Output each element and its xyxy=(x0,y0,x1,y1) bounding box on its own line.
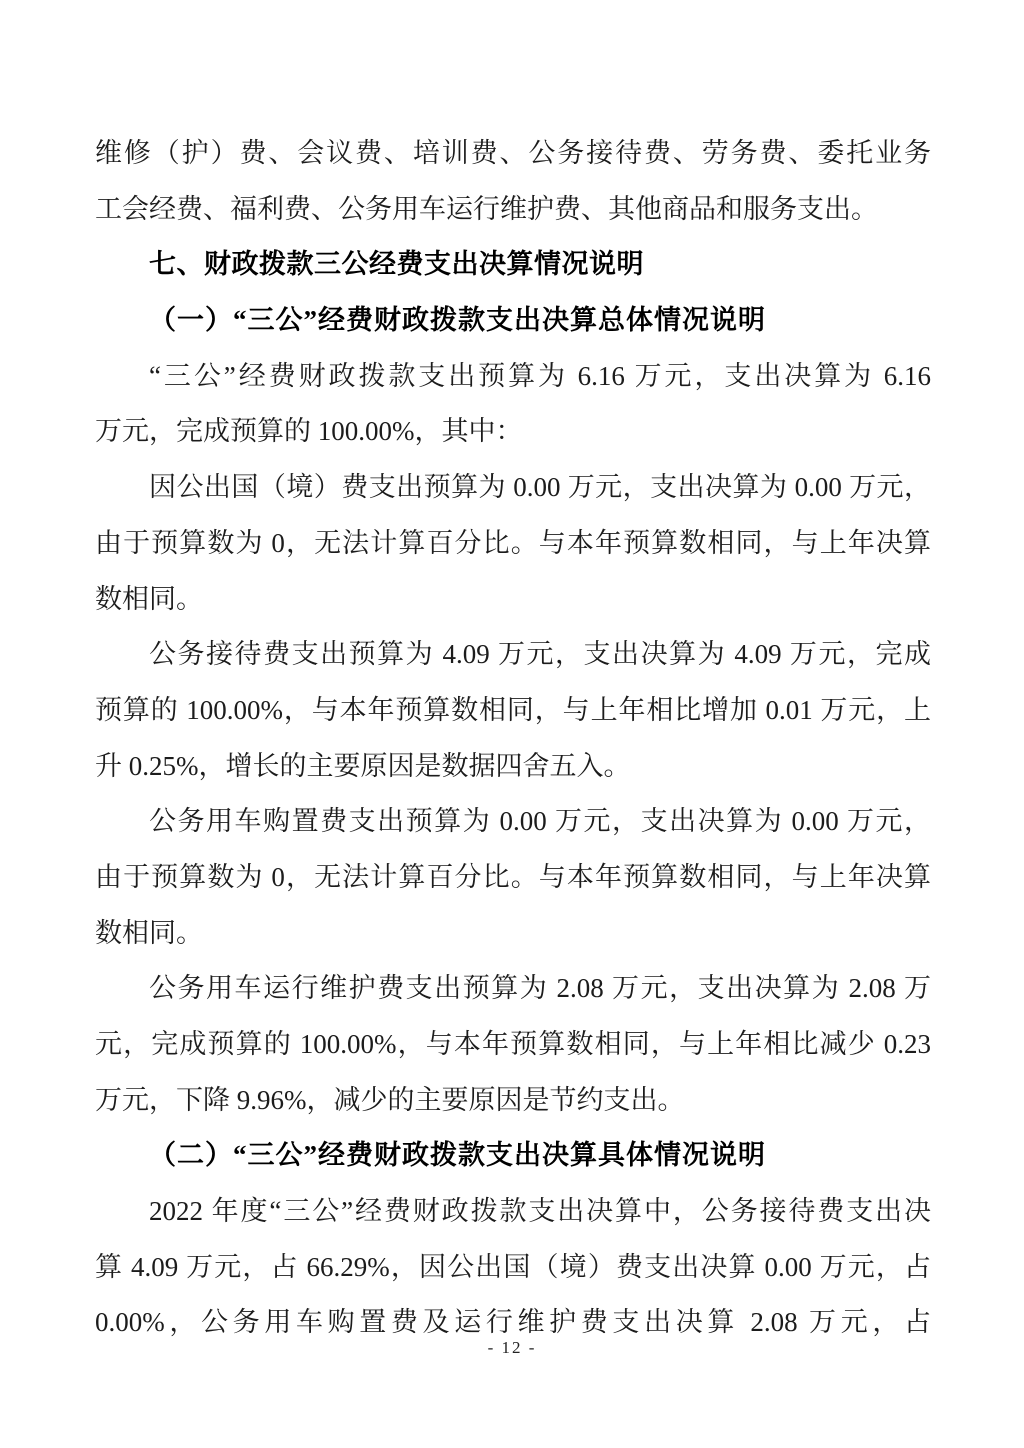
text-line: 万元，完成预算的 100.00%，其中： xyxy=(95,404,931,460)
text-line: 公务接待费支出预算为 4.09 万元，支出决算为 4.09 万元，完成 xyxy=(95,627,931,683)
text-line: 万元，下降 9.96%，减少的主要原因是节约支出。 xyxy=(95,1073,931,1129)
text-line: 升 0.25%，增长的主要原因是数据四舍五入。 xyxy=(95,739,931,795)
text-line: 数相同。 xyxy=(95,906,931,962)
subsection-heading: （二）“三公”经费财政拨款支出决算具体情况说明 xyxy=(95,1128,931,1184)
text-line: 维修（护）费、会议费、培训费、公务接待费、劳务费、委托业务费、 xyxy=(95,126,931,182)
text-line: 算 4.09 万元，占 66.29%，因公出国（境）费支出决算 0.00 万元，… xyxy=(95,1240,931,1296)
text-line: 由于预算数为 0，无法计算百分比。与本年预算数相同，与上年决算 xyxy=(95,850,931,906)
text-line: 预算的 100.00%，与本年预算数相同，与上年相比增加 0.01 万元，上 xyxy=(95,683,931,739)
text-line: 因公出国（境）费支出预算为 0.00 万元，支出决算为 0.00 万元， xyxy=(95,460,931,516)
text-line: 元，完成预算的 100.00%，与本年预算数相同，与上年相比减少 0.23 xyxy=(95,1017,931,1073)
text-line: 2022 年度“三公”经费财政拨款支出决算中，公务接待费支出决 xyxy=(95,1184,931,1240)
text-column: 维修（护）费、会议费、培训费、公务接待费、劳务费、委托业务费、 工会经费、福利费… xyxy=(95,126,931,1351)
text-line: 工会经费、福利费、公务用车运行维护费、其他商品和服务支出。 xyxy=(95,182,931,238)
section-heading: 七、财政拨款三公经费支出决算情况说明 xyxy=(95,237,931,293)
text-line: 公务用车运行维护费支出预算为 2.08 万元，支出决算为 2.08 万 xyxy=(95,961,931,1017)
text-line: 由于预算数为 0，无法计算百分比。与本年预算数相同，与上年决算 xyxy=(95,516,931,572)
page-number: - 12 - xyxy=(0,1338,1024,1358)
text-line: 公务用车购置费支出预算为 0.00 万元，支出决算为 0.00 万元， xyxy=(95,794,931,850)
document-page: 维修（护）费、会议费、培训费、公务接待费、劳务费、委托业务费、 工会经费、福利费… xyxy=(0,0,1024,1448)
text-line: 数相同。 xyxy=(95,572,931,628)
subsection-heading: （一）“三公”经费财政拨款支出决算总体情况说明 xyxy=(95,293,931,349)
text-line: “三公”经费财政拨款支出预算为 6.16 万元，支出决算为 6.16 xyxy=(95,349,931,405)
